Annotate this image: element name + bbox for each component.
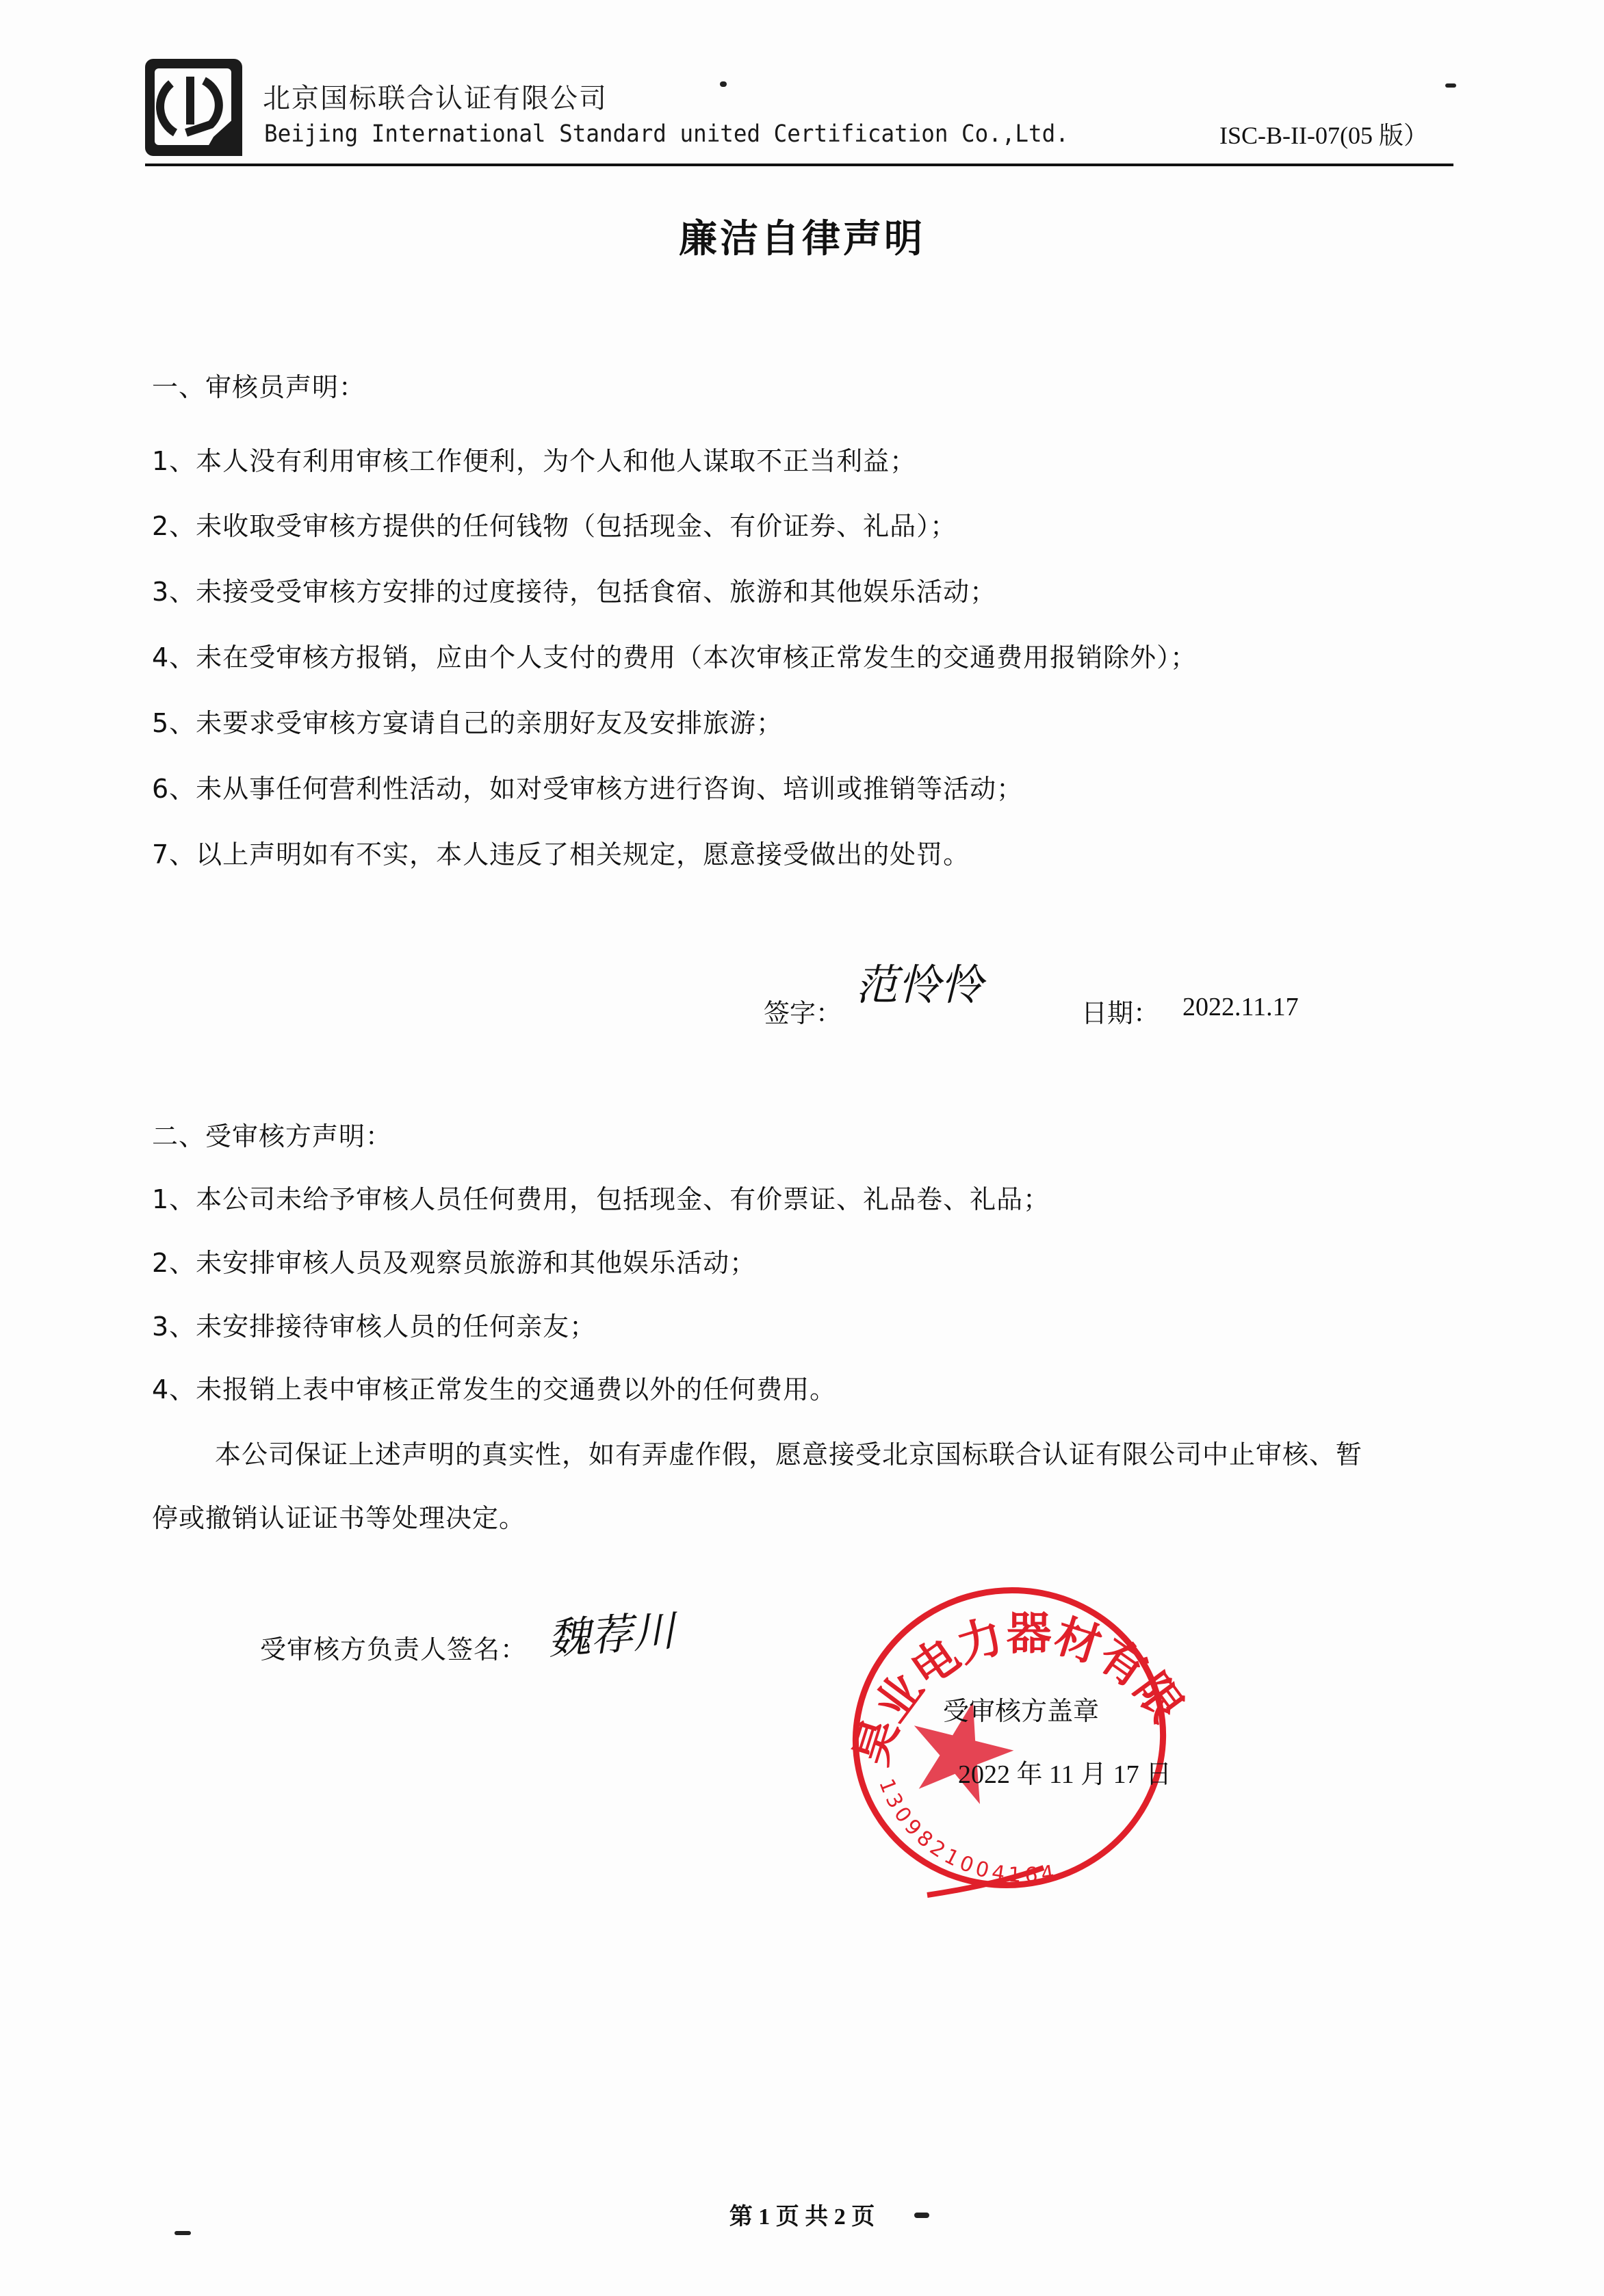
auditor-item-7: 7、以上声明如有不实，本人违反了相关规定，愿意接受做出的处罚。 [152, 833, 970, 871]
auditee-item-2: 2、未安排审核人员及观察员旅游和其他娱乐活动； [152, 1242, 756, 1279]
auditee-item-4: 4、未报销上表中审核正常发生的交通费以外的任何费用。 [152, 1368, 836, 1406]
auditor-signature-label: 签字： [764, 992, 842, 1030]
seal-date: 2022 年 11 月 17 日 [958, 1753, 1172, 1790]
auditor-signature: 范怜怜 [855, 951, 983, 1012]
svg-text:昊业电力器材有限公司: 昊业电力器材有限公司 [838, 1563, 1193, 1771]
document-title: 廉洁自律声明 [0, 209, 1604, 263]
seal-company-name: 昊业电力器材有限公司 [838, 1563, 1193, 1771]
header-divider [145, 164, 1453, 166]
page-indicator: 第 1 页 共 2 页 [0, 2197, 1604, 2231]
auditor-item-2: 2、未收取受审核方提供的任何钱物（包括现金、有价证券、礼品）； [152, 505, 957, 543]
guarantee-text-line1: 本公司保证上述声明的真实性，如有弄虚作假，愿意接受北京国标联合认证有限公司中止审… [215, 1433, 1362, 1471]
auditor-date: 2022.11.17 [1182, 992, 1299, 1022]
company-name-en: Beijing International Standard united Ce… [264, 120, 1069, 148]
auditor-item-1: 1、本人没有利用审核工作便利，为个人和他人谋取不正当利益； [152, 440, 916, 478]
auditee-section-heading: 二、受审核方声明： [152, 1115, 392, 1153]
auditor-item-3: 3、未接受受审核方安排的过度接待，包括食宿、旅游和其他娱乐活动； [152, 571, 996, 608]
auditee-item-3: 3、未安排接待审核人员的任何亲友； [152, 1305, 596, 1343]
date-label: 日期： [1081, 992, 1159, 1030]
auditor-section-heading: 一、审核员声明： [152, 366, 365, 404]
responsible-signature-label: 受审核方负责人签名： [260, 1628, 527, 1666]
company-seal-icon: 昊业电力器材有限公司 1309821004164 [838, 1563, 1221, 1899]
company-name-cn: 北京国标联合认证有限公司 [263, 77, 608, 116]
responsible-signature: 魏荐川 [545, 1597, 677, 1667]
seal-label: 受审核方盖章 [943, 1690, 1099, 1727]
scan-mark [1445, 83, 1456, 88]
auditee-item-1: 1、本公司未给予审核人员任何费用，包括现金、有价票证、礼品卷、礼品； [152, 1178, 1050, 1216]
scan-mark [720, 81, 727, 87]
auditor-item-4: 4、未在受审核方报销，应由个人支付的费用（本次审核正常发生的交通费用报销除外）； [152, 636, 1197, 674]
isc-logo-icon [142, 56, 245, 159]
scan-mark [174, 2231, 191, 2235]
guarantee-text-line2: 停或撤销认证证书等处理决定。 [152, 1497, 526, 1535]
auditor-item-5: 5、未要求受审核方宴请自己的亲朋好友及安排旅游； [152, 702, 783, 740]
document-code: ISC-B-II-07(05 版） [1219, 116, 1428, 151]
auditor-item-6: 6、未从事任何营利性活动，如对受审核方进行咨询、培训或推销等活动； [152, 768, 1023, 805]
scan-mark [914, 2213, 929, 2218]
